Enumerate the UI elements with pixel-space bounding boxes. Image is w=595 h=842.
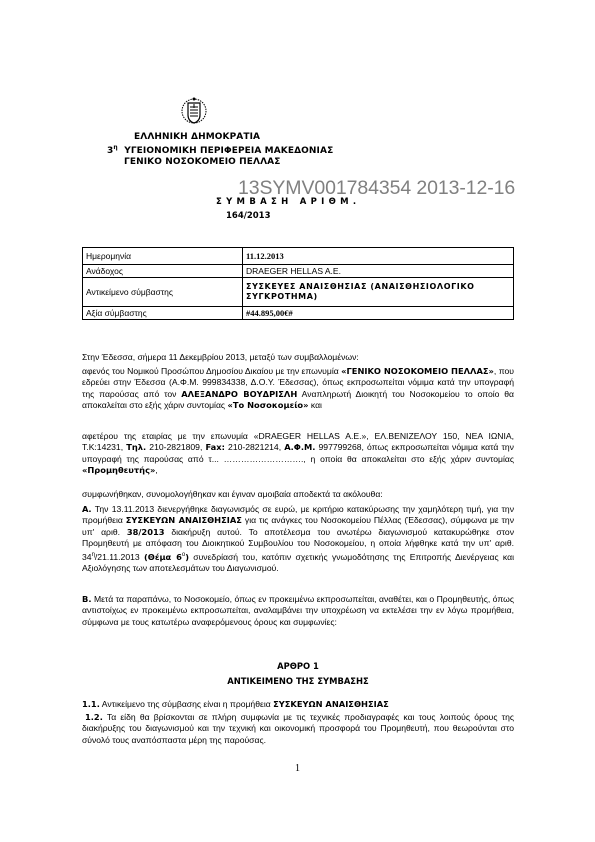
- agreed-paragraph: συμφωνήθηκαν, συνομολογήθηκαν και έγιναν…: [82, 489, 514, 500]
- party2-paragraph: αφετέρου της εταιρίας με την επωνυμία «D…: [82, 431, 514, 477]
- section-b-paragraph: Β. Μετά τα παραπάνω, το Νοσοκομείο, όπως…: [82, 594, 514, 628]
- contractor-value: DRAEGER HELLAS A.E.: [243, 265, 514, 278]
- clause-1-1-text: Αντικείμενο της σύμβασης είναι η προμήθε…: [100, 699, 273, 709]
- party1-text: αφενός του Νομικού Προσώπου Δημοσίου Δικ…: [82, 366, 341, 376]
- clause-1-1-num: 1.1.: [82, 699, 100, 709]
- clause-1-1-subject: ΣΥΣΚΕΥΩΝ ΑΝΑΙΣΘΗΣΙΑΣ: [273, 699, 389, 709]
- header-hospital: ΓΕΝΙΚΟ ΝΟΣΟΚΟΜΕΙΟ ΠΕΛΛΑΣ: [124, 157, 281, 167]
- header-region: 3η ΥΓΕΙΟΝΟΜΙΚΗ ΠΕΡΙΦΕΡΕΙΑ ΜΑΚΕΔΟΝΙΑΣ: [107, 144, 333, 156]
- section-a-text: /21.11.2013: [95, 551, 144, 561]
- party1-paragraph: αφενός του Νομικού Προσώπου Δημοσίου Δικ…: [82, 366, 514, 412]
- date-label: Ημερομηνία: [83, 248, 243, 265]
- contract-info-table: Ημερομηνία 11.12.2013 Ανάδοχος DRAEGER H…: [82, 247, 514, 320]
- page-number: 1: [0, 763, 595, 774]
- section-a-subject: ΣΥΣΚΕΥΩΝ ΑΝΑΙΣΘΗΣΙΑΣ: [126, 515, 242, 525]
- clause-1-2-num: 1.2.: [85, 712, 103, 722]
- header-region-text: ΥΓΕΙΟΝΟΜΙΚΗ ΠΕΡΙΦΕΡΕΙΑ ΜΑΚΕΔΟΝΙΑΣ: [118, 146, 334, 156]
- clause-1-2-text: Τα είδη θα βρίσκονται σε πλήρη συμφωνία …: [82, 712, 514, 745]
- phone-label: Τηλ.: [126, 442, 146, 452]
- article-subtitle: ΑΝΤΙΚΕΙΜΕΝΟ ΤΗΣ ΣΥΜΒΑΣΗΣ: [82, 676, 514, 686]
- section-b-text: Μετά τα παραπάνω, το Νοσοκομείο, όπως εν…: [82, 594, 514, 627]
- fax-label: Fax:: [205, 442, 224, 452]
- table-row: Ημερομηνία 11.12.2013: [83, 248, 514, 265]
- party1-short-name: «Το Νοσοκομείο»: [227, 400, 308, 410]
- contract-number: 164/2013: [226, 211, 271, 221]
- subject-label: Αντικείμενο σύμβαστης: [83, 278, 243, 307]
- section-a-label: Α.: [82, 504, 92, 514]
- contract-title: ΣΥΜΒΑΣΗ ΑΡΙΘΜ.: [216, 197, 360, 207]
- intro-paragraph: Στην Έδεσσα, σήμερα 11 Δεκεμβρίου 2013, …: [82, 352, 514, 363]
- table-row: Αντικείμενο σύμβαστης ΣΥΣΚΕΥΕΣ ΑΝΑΙΣΘΗΣΙ…: [83, 278, 514, 307]
- value-label: Αξία σύμβαστης: [83, 307, 243, 320]
- party1-text: και: [309, 400, 322, 410]
- party2-text: 210-2821214,: [225, 442, 284, 452]
- article-title: ΑΡΘΡΟ 1: [82, 661, 514, 671]
- party2-short-name: «Προμηθευτής»: [82, 465, 155, 475]
- subject-value: ΣΥΣΚΕΥΕΣ ΑΝΑΙΣΘΗΣΙΑΣ (ΑΝΑΙΣΘΗΣΙΟΛΟΓΙΚΟ Σ…: [243, 278, 514, 307]
- section-a-paragraph: Α. Την 13.11.2013 διενεργήθηκε διαγωνισμ…: [82, 504, 514, 574]
- clause-1-1: 1.1. Αντικείμενο της σύμβασης είναι η πρ…: [82, 699, 514, 710]
- clause-1-2: 1.2. Τα είδη θα βρίσκονται σε πλήρη συμφ…: [82, 712, 514, 746]
- value-amount: #44.895,00€#: [243, 307, 514, 320]
- table-row: Αξία σύμβαστης #44.895,00€#: [83, 307, 514, 320]
- hellenic-republic-crest-icon: [181, 95, 207, 127]
- section-a-topic: (Θέμα 6: [144, 551, 182, 561]
- party2-text: 210-2821809,: [146, 442, 205, 452]
- party2-text: ,: [155, 465, 157, 475]
- party1-representative: ΑΛΕΞΑΝΔΡΟ ΒΟΥΔΡΙΣΛΗ: [181, 389, 297, 399]
- date-value: 11.12.2013: [243, 248, 514, 265]
- tender-number: 38/2013: [127, 527, 165, 537]
- party1-name: «ΓΕΝΙΚΟ ΝΟΣΟΚΟΜΕΙΟ ΠΕΛΛΑΣ»: [341, 366, 494, 376]
- afm-label: Α.Φ.Μ.: [284, 442, 315, 452]
- contractor-label: Ανάδοχος: [83, 265, 243, 278]
- table-row: Ανάδοχος DRAEGER HELLAS A.E.: [83, 265, 514, 278]
- header-country: ΕΛΛΗΝΙΚΗ ΔΗΜΟΚΡΑΤΙΑ: [134, 132, 260, 142]
